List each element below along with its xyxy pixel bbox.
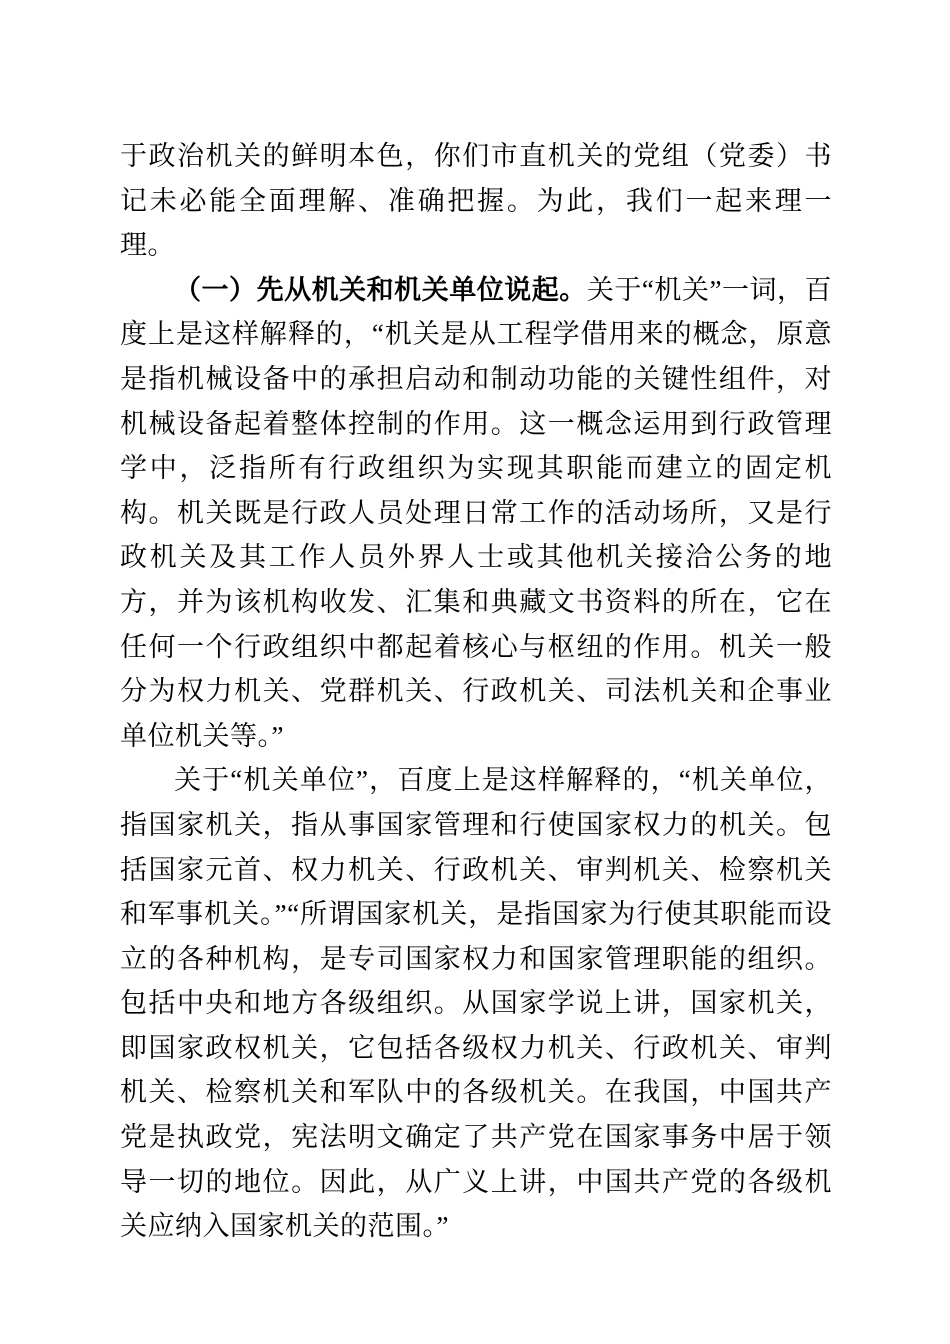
section-one-heading: （一）先从机关和机关单位说起。	[174, 275, 587, 305]
section-one-body: 关于“机关”一词，百度上是这样解释的，“机关是从工程学借用来的概念，原意是指机械…	[120, 275, 832, 751]
paragraph-intro-continuation: 于政治机关的鲜明本色，你们市直机关的党组（党委）书记未必能全面理解、准确把握。为…	[120, 134, 832, 268]
paragraph-intro-text: 于政治机关的鲜明本色，你们市直机关的党组（党委）书记未必能全面理解、准确把握。为…	[120, 141, 832, 260]
document-page: 于政治机关的鲜明本色，你们市直机关的党组（党委）书记未必能全面理解、准确把握。为…	[120, 134, 832, 1249]
paragraph-section-two: 关于“机关单位”，百度上是这样解释的，“机关单位，指国家机关，指从事国家管理和行…	[120, 758, 832, 1249]
section-two-body: 关于“机关单位”，百度上是这样解释的，“机关单位，指国家机关，指从事国家管理和行…	[120, 765, 832, 1241]
paragraph-section-one: （一）先从机关和机关单位说起。关于“机关”一词，百度上是这样解释的，“机关是从工…	[120, 268, 832, 759]
